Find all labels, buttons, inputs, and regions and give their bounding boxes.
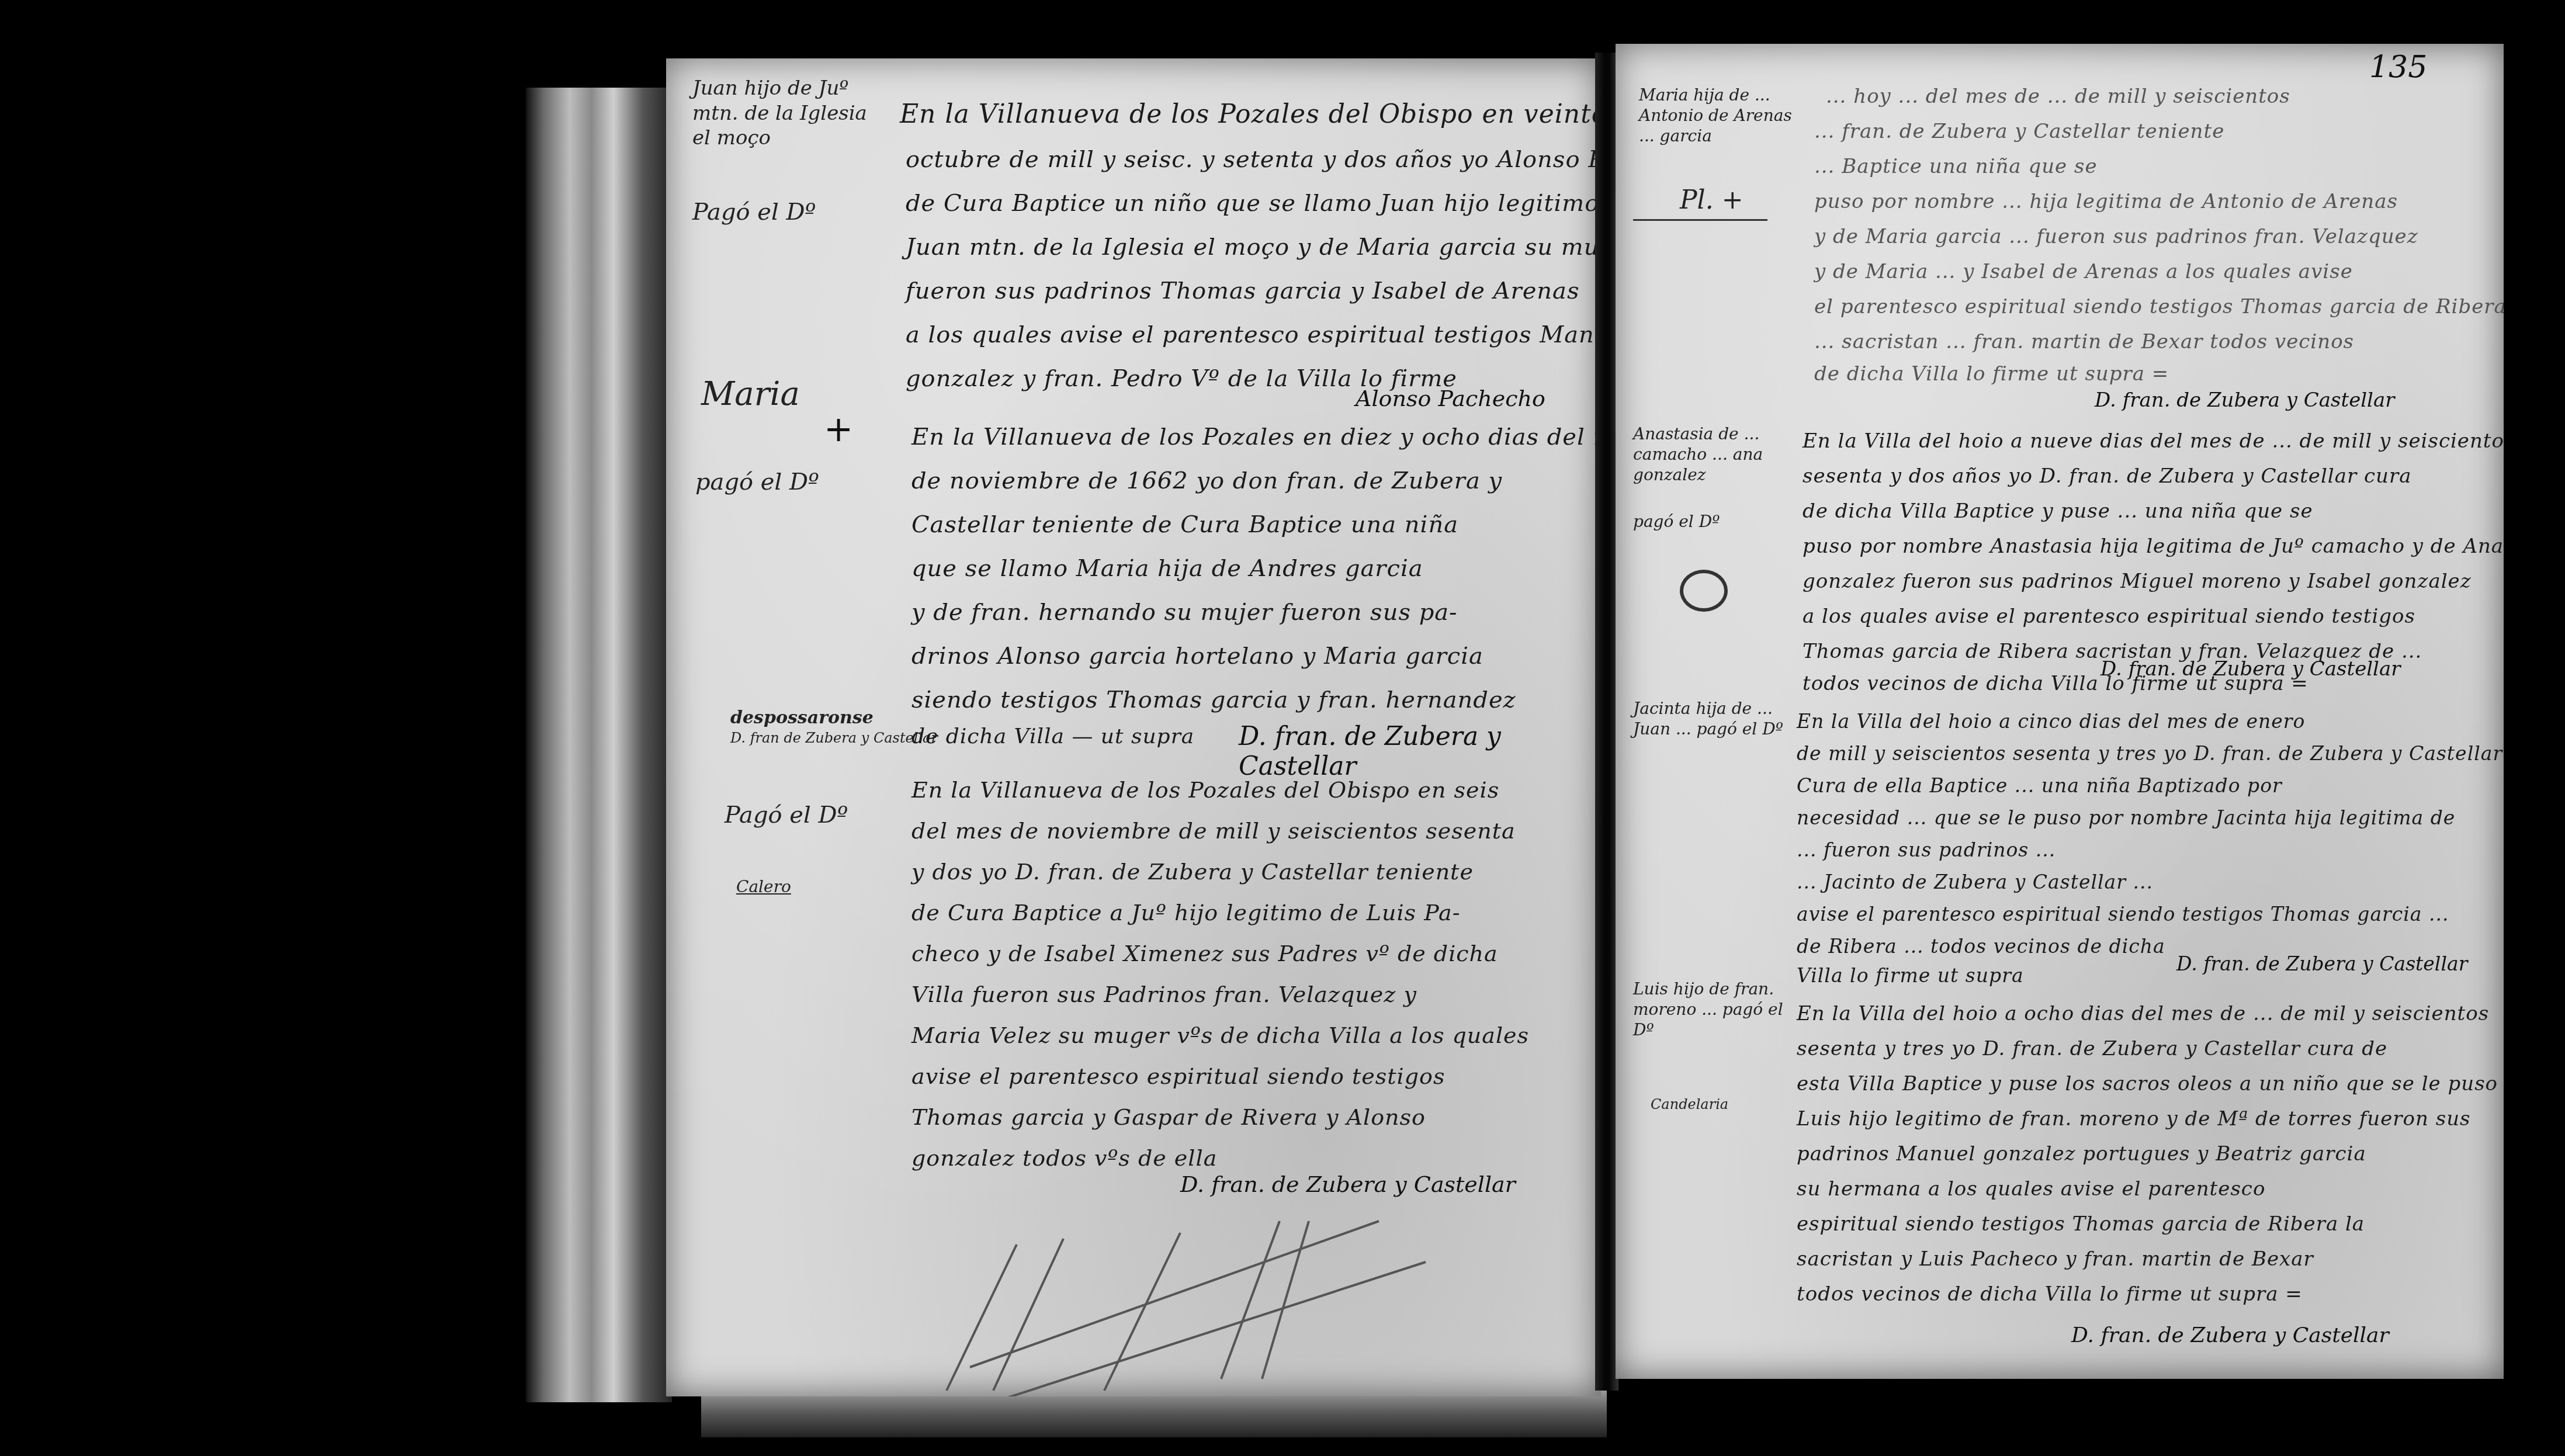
- book-page-edges: [526, 88, 672, 1402]
- entry-line: que se llamo Maria hija de Andres garcia: [911, 555, 1423, 582]
- entry-line: avise el parentesco espiritual siendo te…: [1797, 903, 2449, 925]
- entry-line: esta Villa Baptice y puse los sacros ole…: [1797, 1072, 2504, 1096]
- entry-line: drinos Alonso garcia hortelano y Maria g…: [911, 643, 1483, 670]
- margin-note-sub: D. fran de Zubera y Castellar: [730, 729, 938, 747]
- margin-note-betrothal: despossaronse D. fran de Zubera y Castel…: [730, 707, 938, 747]
- entry-line: todos vecinos de dicha Villa lo firme ut…: [1797, 1282, 2303, 1306]
- entry-line: a los quales avise el parentesco espirit…: [1803, 605, 2415, 628]
- entry-line: ... sacristan ... fran. martin de Bexar …: [1814, 330, 2354, 353]
- entry-line: gonzalez todos vºs de ella: [911, 1145, 1217, 1171]
- flourish-icon: [1680, 570, 1728, 612]
- entry-line: de Ribera ... todos vecinos de dicha: [1797, 935, 2165, 958]
- entry-line: sacristan y Luis Pacheco y fran. martin …: [1797, 1247, 2314, 1271]
- margin-note-text: Juan hijo de Juº mtn. de la Iglesia el m…: [692, 76, 868, 151]
- entry-line: de Cura Baptice a Juº hijo legitimo de L…: [911, 900, 1461, 925]
- margin-note-maria: Maria: [701, 374, 800, 415]
- entry-line: de mill y seiscientos sesenta y tres yo …: [1797, 742, 2502, 765]
- entry-line: En la Villa del hoio a nueve dias del me…: [1803, 429, 2504, 453]
- margin-note-text: Maria: [701, 374, 800, 415]
- entry-line: En la Villanueva de los Pozales del Obis…: [900, 99, 1601, 129]
- entry-line: ... Baptice una niña que se: [1814, 155, 2098, 178]
- entry-line: del mes de noviembre de mill y seiscient…: [911, 818, 1516, 844]
- entry-line: puso por nombre Anastasia hija legitima …: [1803, 535, 2504, 558]
- signature: D. fran. de Zubera y Castellar: [1180, 1171, 1516, 1197]
- entry-line: Maria Velez su muger vºs de dicha Villa …: [911, 1022, 1529, 1048]
- entry-line: sesenta y dos años yo D. fran. de Zubera…: [1803, 464, 2411, 488]
- margin-note-juan: Juan hijo de Juº mtn. de la Iglesia el m…: [692, 76, 868, 227]
- margin-note-r4: Luis hijo de fran. moreno ... pagó el Dº: [1633, 979, 1797, 1040]
- book-gutter: [1595, 53, 1618, 1391]
- divider-rule: [1633, 219, 1767, 221]
- margin-note-candelaria: Candelaria: [1651, 1096, 1728, 1113]
- entry-line: En la Villanueva de los Pozales en diez …: [911, 424, 1601, 450]
- entry-line: padrinos Manuel gonzalez portugues y Bea…: [1797, 1142, 2366, 1166]
- entry-line: a los quales avise el parentesco espirit…: [906, 321, 1601, 348]
- signature: Alonso Pachecho: [1356, 386, 1545, 411]
- margin-note-sub: Pagó el Dº: [692, 197, 868, 227]
- entry-line: su hermana a los quales avise el parente…: [1797, 1177, 2265, 1201]
- signature: D. fran. de Zubera y Castellar: [2176, 952, 2467, 975]
- signature: D. fran. de Zubera y Castellar: [2071, 1323, 2389, 1347]
- entry-line: En la Villanueva de los Pozales del Obis…: [911, 777, 1499, 803]
- entry-line: octubre de mill y seisc. y setenta y dos…: [906, 146, 1601, 173]
- margin-note-r2-sub: pagó el Dº: [1633, 511, 1720, 532]
- margin-note-paid: pagó el Dº: [695, 467, 819, 497]
- entry-line: de Cura Baptice un niño que se llamo Jua…: [906, 190, 1601, 217]
- entry-line: ... fran. de Zubera y Castellar teniente: [1814, 120, 2224, 143]
- folio-number: 135: [2369, 50, 2427, 85]
- margin-note-calero: Calero: [736, 876, 791, 897]
- entry-line: Luis hijo legitimo de fran. moreno y de …: [1797, 1107, 2470, 1131]
- entry-line: de dicha Villa lo firme ut supra =: [1814, 362, 2169, 386]
- entry-line: y de fran. hernando su mujer fueron sus …: [911, 599, 1458, 626]
- entry-line: avise el parentesco espiritual siendo te…: [911, 1063, 1445, 1089]
- margin-note-r2: Anastasia de ... camacho ... ana gonzale…: [1633, 424, 1797, 485]
- entry-line: necesidad ... que se le puso por nombre …: [1797, 806, 2455, 829]
- margin-note-paid-2: Pagó el Dº: [725, 800, 848, 830]
- margin-note-text: despossaronse: [730, 707, 938, 729]
- entry-line: espiritual siendo testigos Thomas garcia…: [1797, 1212, 2365, 1236]
- right-page: 135 Maria hija de ... Antonio de Arenas …: [1616, 44, 2504, 1379]
- entry-line: fueron sus padrinos Thomas garcia y Isab…: [906, 278, 1579, 304]
- entry-line: Cura de ella Baptice ... una niña Baptiz…: [1797, 774, 2282, 797]
- entry-line: ... fueron sus padrinos ...: [1797, 838, 2056, 861]
- entry-line: En la Villa del hoio a cinco dias del me…: [1797, 710, 2305, 733]
- entry-line: y de Maria ... y Isabel de Arenas a los …: [1814, 260, 2353, 283]
- margin-note-r3: Jacinta hija de ... Juan ... pagó el Dº: [1633, 698, 1797, 739]
- book-bottom-edges: [701, 1391, 1607, 1437]
- entry-line: siendo testigos Thomas garcia y fran. he…: [911, 687, 1516, 713]
- entry-line: de dicha Villa Baptice y puse ... una ni…: [1803, 500, 2313, 523]
- margin-note-r1: Maria hija de ... Antonio de Arenas ... …: [1639, 85, 1803, 146]
- entry-line: el parentesco espiritual siendo testigos…: [1814, 295, 2504, 318]
- entry-line: checo y de Isabel Ximenez sus Padres vº …: [911, 941, 1498, 966]
- entry-line: gonzalez fueron sus padrinos Miguel more…: [1803, 570, 2472, 593]
- entry-line: de noviembre de 1662 yo don fran. de Zub…: [911, 467, 1502, 494]
- crossout-strokes: [900, 1198, 1484, 1396]
- entry-line: Juan mtn. de la Iglesia el moço y de Mar…: [906, 234, 1601, 261]
- entry-line: y de Maria garcia ... fueron sus padrino…: [1814, 225, 2418, 248]
- signature: D. fran. de Zubera y Castellar: [2095, 389, 2395, 412]
- signature: D. fran. de Zubera y Castellar: [2100, 657, 2401, 681]
- entry-line: ... Jacinto de Zubera y Castellar ...: [1797, 871, 2153, 893]
- entry-line: y dos yo D. fran. de Zubera y Castellar …: [911, 859, 1474, 885]
- entry-line: Villa fueron sus Padrinos fran. Velazque…: [911, 982, 1417, 1007]
- entry-line: puso por nombre ... hija legitima de Ant…: [1814, 190, 2398, 213]
- signature: D. fran. de Zubera y Castellar: [1239, 722, 1601, 781]
- entry-line: ... hoy ... del mes de ... de mill y sei…: [1826, 85, 2290, 108]
- entry-line: de dicha Villa — ut supra: [911, 724, 1194, 748]
- entry-line: Thomas garcia y Gaspar de Rivera y Alons…: [911, 1104, 1426, 1130]
- left-page: Juan hijo de Juº mtn. de la Iglesia el m…: [666, 58, 1601, 1396]
- entry-line: En la Villa del hoio a ocho dias del mes…: [1797, 1002, 2489, 1025]
- entry-line: Castellar teniente de Cura Baptice una n…: [911, 511, 1458, 538]
- margin-note-r1-sub: Pl. +: [1680, 184, 1743, 216]
- entry-line: Villa lo firme ut supra: [1797, 964, 2024, 987]
- entry-line: sesenta y tres yo D. fran. de Zubera y C…: [1797, 1037, 2387, 1060]
- cross-icon: +: [824, 409, 853, 450]
